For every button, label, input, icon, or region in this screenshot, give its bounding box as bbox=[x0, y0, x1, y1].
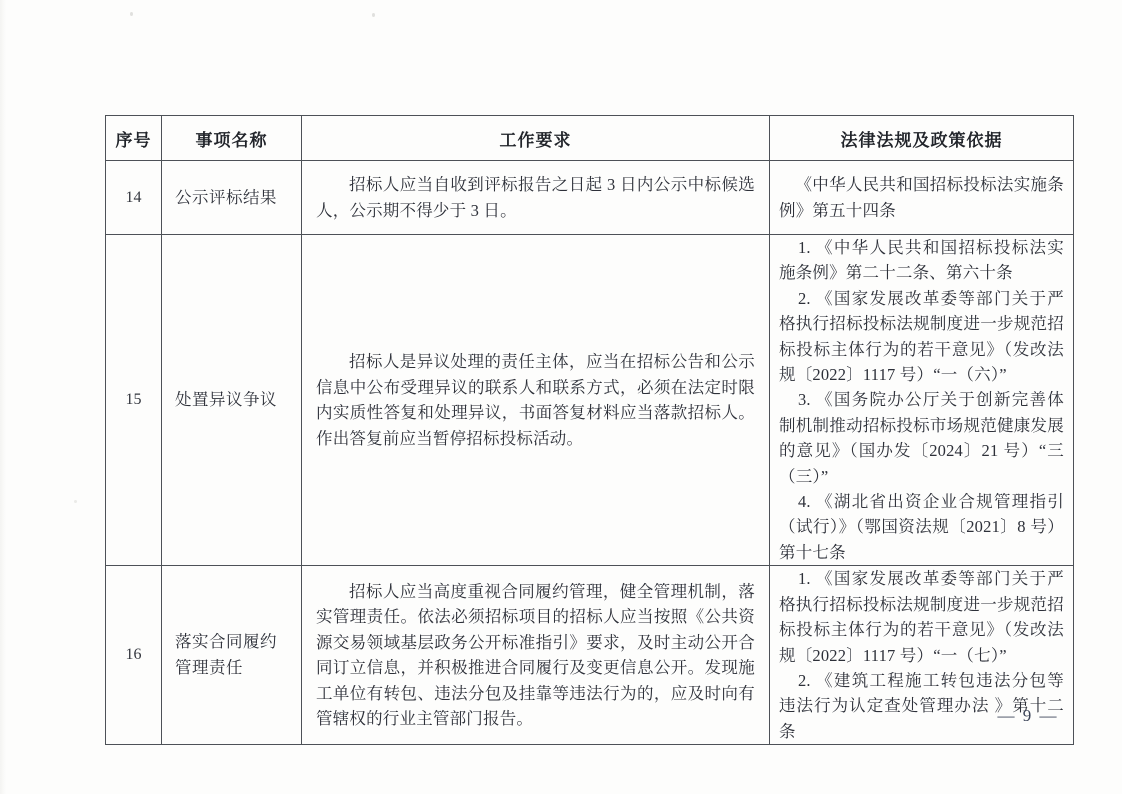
row14-requirement-paragraph: 招标人应当自收到评标报告之日起 3 日内公示中标候选人，公示期不得少于 3 日。 bbox=[316, 172, 755, 223]
row16-work-requirement: 招标人应当高度重视合同履约管理，健全管理机制，落实管理责任。依法必须招标项目的招… bbox=[302, 566, 770, 745]
row14-item-name: 公示评标结果 bbox=[162, 161, 302, 235]
row15-legal-basis: 1. 《中华人民共和国招标投标法实施条例》第二十二条、第六十条 2. 《国家发展… bbox=[770, 235, 1074, 566]
header-legal-basis: 法律法规及政策依据 bbox=[770, 116, 1074, 161]
compliance-items-table: 序号 事项名称 工作要求 法律法规及政策依据 14 公示评标结果 招标人应当自收… bbox=[105, 115, 1074, 745]
row14-work-requirement: 招标人应当自收到评标报告之日起 3 日内公示中标候选人，公示期不得少于 3 日。 bbox=[302, 161, 770, 235]
scan-speck bbox=[130, 12, 133, 16]
header-seq-no: 序号 bbox=[106, 116, 162, 161]
row14-legal-basis: 《中华人民共和国招标投标法实施条例》第五十四条 bbox=[770, 161, 1074, 235]
row15-legal-item: 1. 《中华人民共和国招标投标法实施条例》第二十二条、第六十条 bbox=[779, 235, 1064, 286]
header-item-name: 事项名称 bbox=[162, 116, 302, 161]
row16-seq-no: 16 bbox=[106, 566, 162, 745]
row16-legal-item: 1. 《国家发展改革委等部门关于严格执行招标投标法规制度进一步规范招标投标主体行… bbox=[779, 566, 1064, 668]
header-work-requirements: 工作要求 bbox=[302, 116, 770, 161]
table-row: 15 处置异议争议 招标人是异议处理的责任主体，应当在招标公告和公示信息中公布受… bbox=[106, 235, 1074, 566]
row15-legal-item: 2. 《国家发展改革委等部门关于严格执行招标投标法规制度进一步规范招标投标主体行… bbox=[779, 286, 1064, 388]
row14-legal-item: 《中华人民共和国招标投标法实施条例》第五十四条 bbox=[779, 172, 1064, 223]
page-number: — 9 — bbox=[968, 706, 1088, 726]
table-row: 16 落实合同履约管理责任 招标人应当高度重视合同履约管理，健全管理机制，落实管… bbox=[106, 566, 1074, 745]
table-header-row: 序号 事项名称 工作要求 法律法规及政策依据 bbox=[106, 116, 1074, 161]
row15-legal-item: 3. 《国务院办公厅关于创新完善体制机制推动招标投标市场规范健康发展的意见》（国… bbox=[779, 387, 1064, 489]
row16-requirement-paragraph: 招标人应当高度重视合同履约管理，健全管理机制，落实管理责任。依法必须招标项目的招… bbox=[316, 579, 755, 731]
row15-seq-no: 15 bbox=[106, 235, 162, 566]
row16-item-name: 落实合同履约管理责任 bbox=[162, 566, 302, 745]
scan-speck bbox=[74, 500, 77, 503]
scan-speck bbox=[372, 13, 375, 17]
row15-legal-item: 4. 《湖北省出资企业合规管理指引（试行）》（鄂国资法规〔2021〕8 号）第十… bbox=[779, 489, 1064, 565]
row15-item-name: 处置异议争议 bbox=[162, 235, 302, 566]
row14-seq-no: 14 bbox=[106, 161, 162, 235]
row15-work-requirement: 招标人是异议处理的责任主体，应当在招标公告和公示信息中公布受理异议的联系人和联系… bbox=[302, 235, 770, 566]
table-row: 14 公示评标结果 招标人应当自收到评标报告之日起 3 日内公示中标候选人，公示… bbox=[106, 161, 1074, 235]
row15-requirement-paragraph: 招标人是异议处理的责任主体，应当在招标公告和公示信息中公布受理异议的联系人和联系… bbox=[316, 349, 755, 451]
